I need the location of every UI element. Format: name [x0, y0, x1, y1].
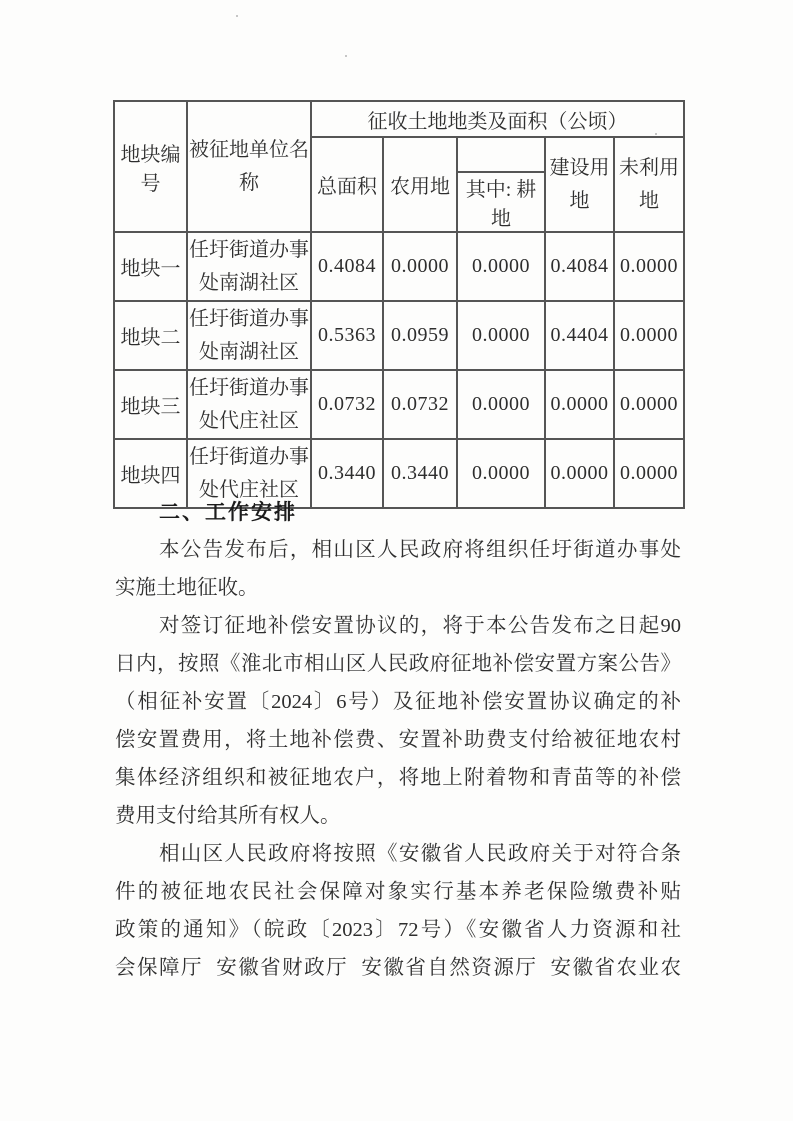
table-row: 地块三 任圩街道办事 处代庄社区 0.0732 0.0732 0.0000 0.… [114, 370, 684, 439]
total-area-header: 总面积 [311, 137, 383, 232]
total-area-cell: 0.5363 [311, 301, 383, 370]
unused-cell: 0.0000 [614, 232, 684, 301]
body-line: 实施土地征收。 [115, 569, 681, 607]
plot-id-cell: 地块二 [114, 301, 187, 370]
cultivated-cell: 0.0000 [457, 301, 545, 370]
cultivated-subheader: 其中: 耕地 [457, 172, 545, 232]
agricultural-cell: 0.0000 [383, 232, 457, 301]
plot-id-cell: 地块一 [114, 232, 187, 301]
construction-header-line1: 建设用 [546, 152, 613, 185]
body-line: 件的被征地农民社会保障对象实行基本养老保险缴费补贴 [115, 873, 681, 911]
construction-header-line2: 地 [546, 185, 613, 218]
scan-noise-dot [345, 55, 347, 57]
agricultural-cell: 0.0732 [383, 370, 457, 439]
land-type-group-header: 征收土地地类及面积（公顷） [311, 101, 684, 137]
cultivated-empty-cell [457, 137, 545, 172]
unused-header: 未利用 地 [614, 137, 684, 232]
unused-header-line2: 地 [615, 185, 683, 218]
body-line: 本公告发布后，相山区人民政府将组织任圩街道办事处 [115, 531, 681, 569]
unit-name-line1: 任圩街道办事 [188, 372, 310, 405]
total-area-cell: 0.4084 [311, 232, 383, 301]
plot-id-header: 地块编号 [114, 101, 187, 232]
construction-cell: 0.4404 [545, 301, 614, 370]
unit-name-cell: 任圩街道办事 处南湖社区 [187, 301, 311, 370]
agricultural-header: 农用地 [383, 137, 457, 232]
body-line: 相山区人民政府将按照《安徽省人民政府关于对符合条 [115, 835, 681, 873]
work-arrangement-section: 二、工作安排 本公告发布后，相山区人民政府将组织任圩街道办事处 实施土地征收。 … [115, 493, 681, 987]
body-line: 对签订征地补偿安置协议的，将于本公告发布之日起90 [115, 607, 681, 645]
unit-name-header: 被征地单位名 称 [187, 101, 311, 232]
construction-header: 建设用 地 [545, 137, 614, 232]
unit-name-header-line2: 称 [188, 167, 310, 200]
unit-name-line1: 任圩街道办事 [188, 303, 310, 336]
section-heading: 二、工作安排 [115, 493, 681, 531]
unit-name-cell: 任圩街道办事 处代庄社区 [187, 370, 311, 439]
construction-cell: 0.4084 [545, 232, 614, 301]
cultivated-cell: 0.0000 [457, 232, 545, 301]
unused-header-line1: 未利用 [615, 152, 683, 185]
unit-name-cell: 任圩街道办事 处南湖社区 [187, 232, 311, 301]
unused-cell: 0.0000 [614, 370, 684, 439]
unit-name-header-line1: 被征地单位名 [188, 134, 310, 167]
cultivated-cell: 0.0000 [457, 370, 545, 439]
body-line: 政策的通知》（皖政〔2023〕72号）《安徽省人力资源和社 [115, 911, 681, 949]
body-line: 日内，按照《淮北市相山区人民政府征地补偿安置方案公告》 [115, 645, 681, 683]
table-row: 地块二 任圩街道办事 处南湖社区 0.5363 0.0959 0.0000 0.… [114, 301, 684, 370]
body-line: （相征补安置〔2024〕6号）及征地补偿安置协议确定的补 [115, 683, 681, 721]
total-area-cell: 0.0732 [311, 370, 383, 439]
unit-name-line2: 处代庄社区 [188, 405, 310, 438]
construction-cell: 0.0000 [545, 370, 614, 439]
document-page: 地块编号 被征地单位名 称 征收土地地类及面积（公顷） 总面积 农用地 建设用 … [0, 0, 793, 1121]
unit-name-line2: 处南湖社区 [188, 336, 310, 369]
land-acquisition-table: 地块编号 被征地单位名 称 征收土地地类及面积（公顷） 总面积 农用地 建设用 … [113, 100, 685, 509]
unused-cell: 0.0000 [614, 301, 684, 370]
body-line: 集体经济组织和被征地农户，将地上附着物和青苗等的补偿 [115, 759, 681, 797]
plot-id-cell: 地块三 [114, 370, 187, 439]
body-line: 费用支付给其所有权人。 [115, 797, 681, 835]
table-row: 地块一 任圩街道办事 处南湖社区 0.4084 0.0000 0.0000 0.… [114, 232, 684, 301]
unit-name-line2: 处南湖社区 [188, 267, 310, 300]
unit-name-line1: 任圩街道办事 [188, 234, 310, 267]
agricultural-cell: 0.0959 [383, 301, 457, 370]
body-line: 偿安置费用，将土地补偿费、安置补助费支付给被征地农村 [115, 721, 681, 759]
scan-noise-dot [236, 15, 238, 17]
unit-name-line1: 任圩街道办事 [188, 441, 310, 474]
body-line: 会保障厅 安徽省财政厅 安徽省自然资源厅 安徽省农业农 [115, 949, 681, 987]
